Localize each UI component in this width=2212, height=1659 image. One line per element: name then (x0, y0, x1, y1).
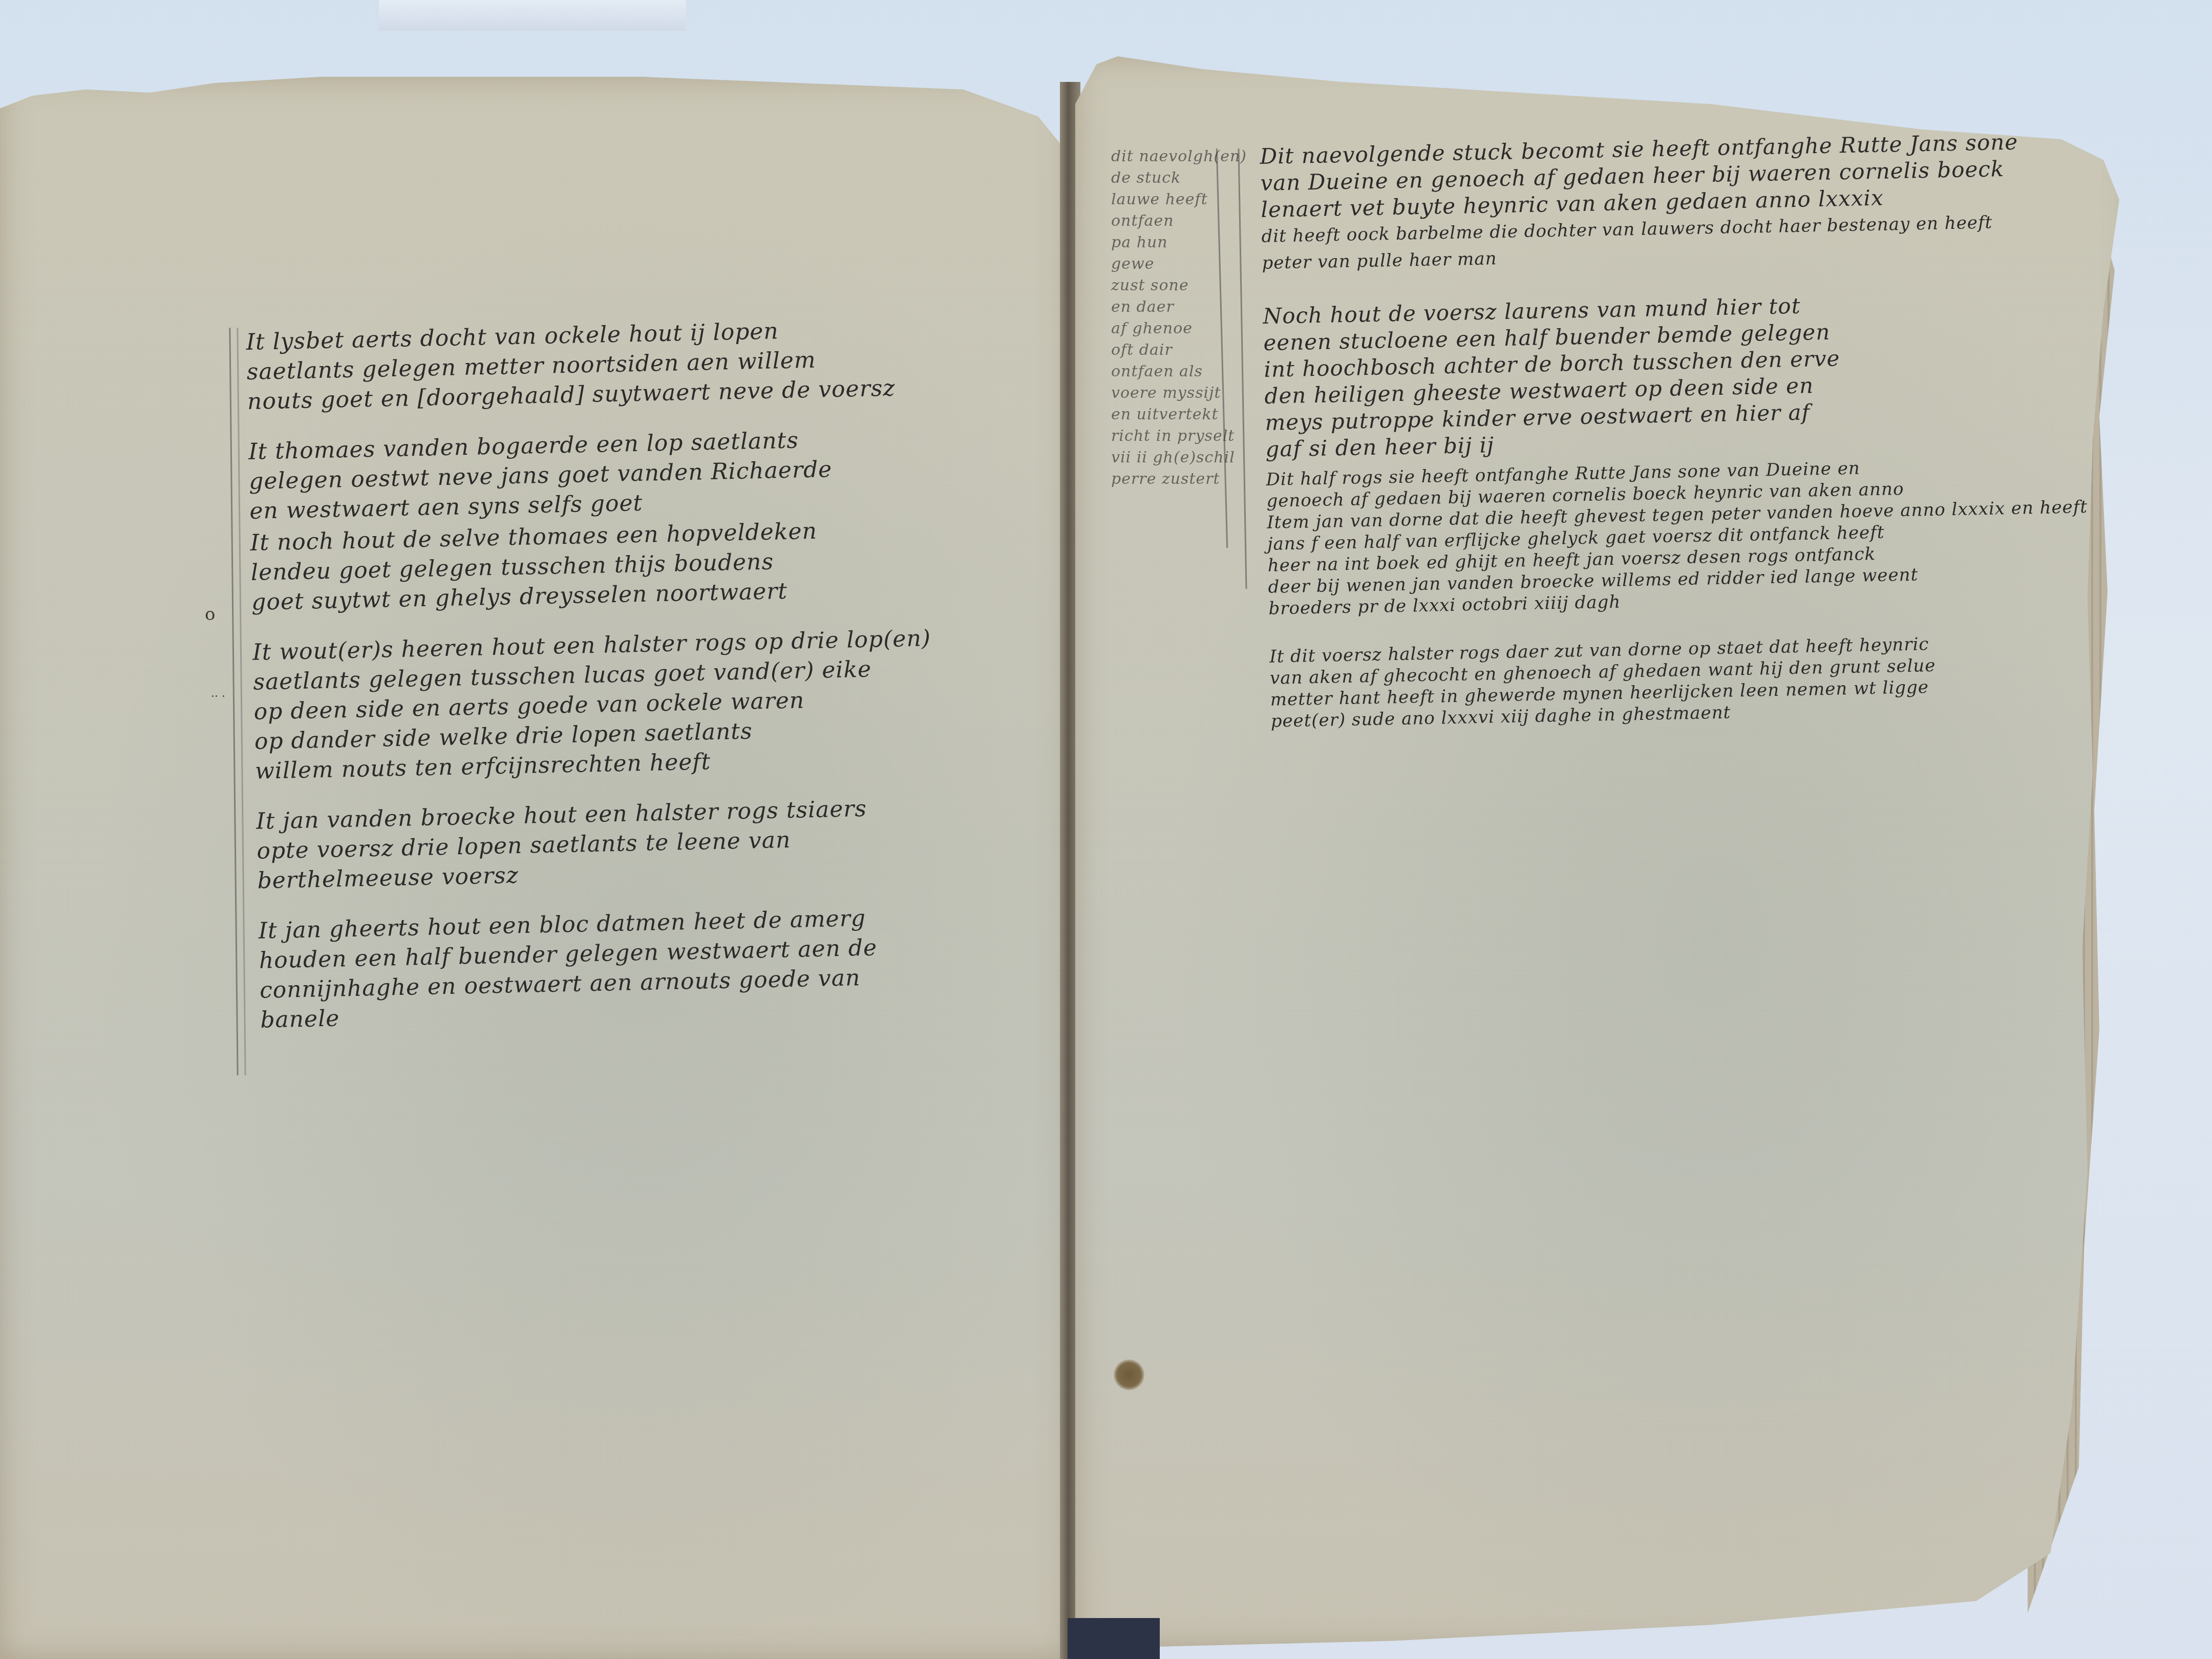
margin-note-line-15: vii ii gh(e)schil (1111, 447, 1265, 469)
margin-note-line-16: perre zustert (1111, 469, 1265, 490)
margin-note-line-12: voere myssijt (1111, 382, 1265, 404)
right-page-entries: Dit naevolgende stuck becomt sie heeft o… (1260, 128, 2070, 759)
margin-note-line-9: af ghenoe (1111, 318, 1265, 339)
left-entry-4: It wout(er)s heeren hout een halster rog… (252, 623, 998, 786)
margin-note-line-2: de stuck (1111, 167, 1265, 189)
right-entry-4: It dit voersz halster rogs daer zut van … (1269, 631, 2070, 732)
margin-note-line-11: ontfaen als (1111, 361, 1265, 382)
left-entry-5: It jan vanden broecke hout een halster r… (256, 791, 1000, 896)
left-entry-1: It lysbet aerts docht van ockele hout ij… (246, 312, 990, 417)
left-entry-2: It thomaes vanden bogaerde een lop saetl… (248, 422, 992, 526)
background-paper-fold (379, 0, 686, 31)
left-margin-mark-dots: ·· · (211, 690, 225, 703)
margin-note-line-1: dit naevolgh(en) (1111, 146, 1265, 167)
margin-note-line-4: ontfaen (1111, 210, 1265, 232)
ink-stain (1114, 1359, 1144, 1390)
right-margin-note: dit naevolgh(en) de stuck lauwe heeft on… (1111, 146, 1265, 490)
left-margin-mark-o: o (205, 604, 215, 625)
book-spine-bottom (1068, 1618, 1160, 1659)
margin-note-line-14: richt in pryselt (1111, 426, 1265, 447)
margin-note-line-8: en daer (1111, 296, 1265, 318)
right-entry-1: Dit naevolgende stuck becomt sie heeft o… (1260, 128, 2061, 276)
left-entry-6: It jan gheerts hout een bloc datmen heet… (258, 901, 1003, 1035)
margin-note-line-10: oft dair (1111, 339, 1265, 361)
left-entry-3: It noch hout de selve thomaes een hopvel… (250, 513, 994, 618)
right-entry-3: Dit half rogs sie heeft ontfanghe Rutte … (1266, 454, 2067, 620)
margin-note-line-5: pa hun (1111, 232, 1265, 253)
margin-note-line-6: gewe (1111, 253, 1265, 275)
left-page-entries: It lysbet aerts docht van ockele hout ij… (246, 312, 1003, 1056)
margin-note-line-3: lauwe heeft (1111, 189, 1265, 210)
margin-note-line-13: en uitvertekt (1111, 404, 1265, 426)
margin-note-line-7: zust sone (1111, 275, 1265, 296)
right-entry-2: Noch hout de voersz laurens van mund hie… (1263, 288, 2065, 463)
